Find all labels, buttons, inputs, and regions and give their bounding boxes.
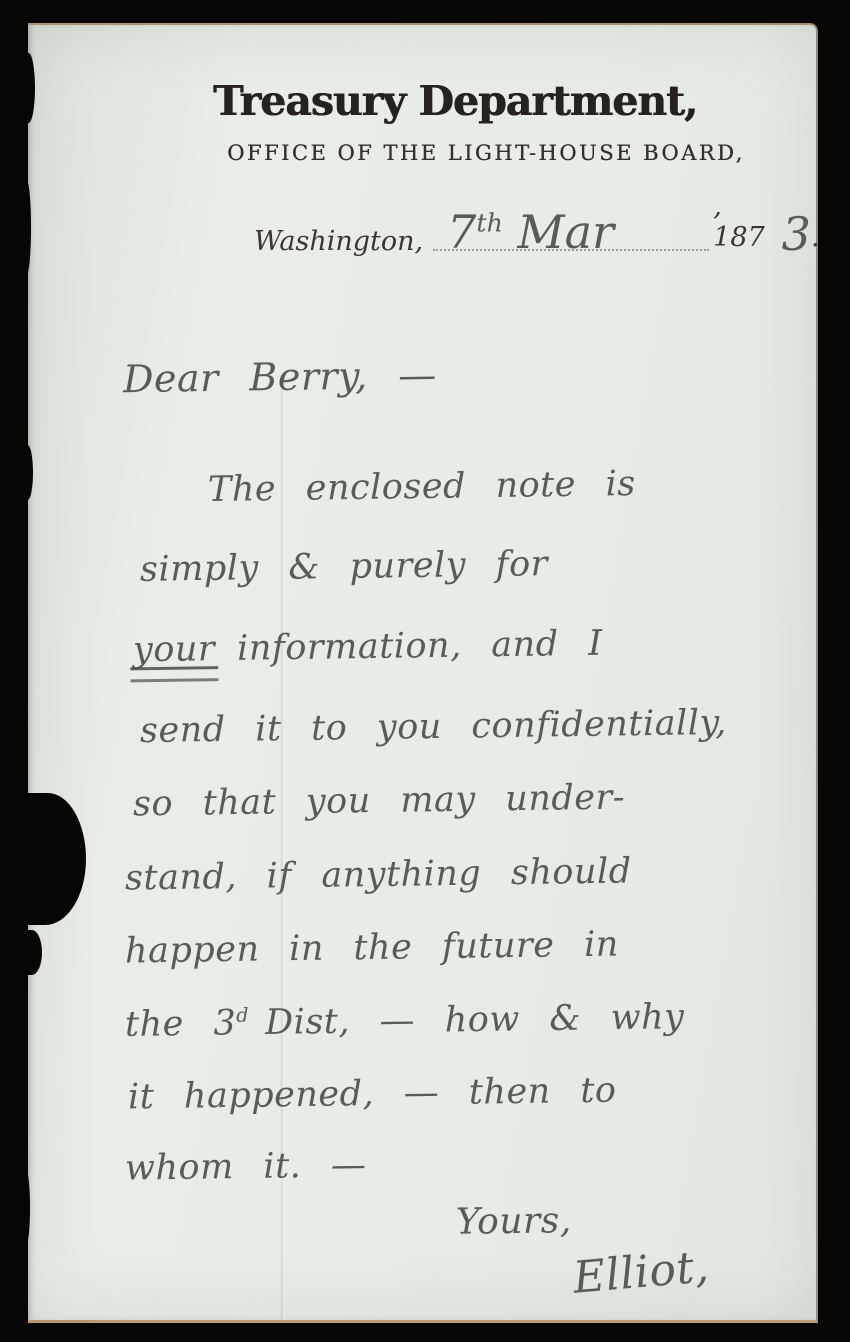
- body-line-7: happen in the future in: [125, 925, 619, 972]
- salutation: Dear Berry, —: [123, 353, 437, 401]
- body-line-10: whom it. —: [125, 1145, 367, 1188]
- torn-notch: [20, 793, 86, 925]
- body-line-5: so that you may under-: [133, 778, 626, 825]
- body-line-4: send it to you confidentially,: [140, 703, 727, 751]
- body-line-2: simply & purely for: [140, 544, 548, 590]
- body-line-6: stand, if anything should: [125, 851, 632, 898]
- underlined-word: your: [133, 629, 216, 670]
- body-line-3: yourinformation, and I: [133, 624, 603, 671]
- handwritten-year-digit: 3: [782, 211, 811, 257]
- dateline-period: .: [811, 222, 820, 253]
- torn-edge-fragment: [22, 180, 31, 275]
- letterhead-department: Treasury Department,: [94, 77, 816, 125]
- torn-edge-fragment: [22, 930, 42, 975]
- handwritten-month: Mar: [518, 205, 615, 259]
- closing: Yours,: [456, 1200, 572, 1243]
- torn-edge-fragment: [22, 445, 33, 500]
- letterhead-office: OFFICE OF THE LIGHT-HOUSE BOARD,: [156, 141, 816, 165]
- signature: Elliot,: [571, 1241, 711, 1304]
- printed-year-prefix: , 187: [713, 191, 778, 253]
- district-superscript: d: [236, 1004, 249, 1027]
- torn-edge-fragment: [22, 1170, 30, 1245]
- body-line-8: the 3dDist, — how & why: [125, 997, 685, 1045]
- letter-paper: Treasury Department, OFFICE OF THE LIGHT…: [28, 23, 818, 1323]
- photo-background: Treasury Department, OFFICE OF THE LIGHT…: [0, 0, 850, 1342]
- day-ordinal-superscript: th: [476, 209, 502, 238]
- handwritten-day: 7: [447, 205, 476, 259]
- body-line-9: it happened, — then to: [128, 1071, 617, 1118]
- body-line-8-rest: Dist, — how & why: [265, 997, 685, 1043]
- handwritten-date: 7th Mar: [447, 205, 614, 259]
- body-line-1: The enclosed note is: [208, 464, 636, 510]
- date-leader-line: 7th Mar: [433, 209, 709, 251]
- body-line-8-pre: the 3: [125, 1003, 237, 1045]
- dateline: Washington, 7th Mar , 187 3 .: [254, 191, 820, 257]
- body-line-3-rest: information, and I: [237, 624, 603, 669]
- letterhead: Treasury Department, OFFICE OF THE LIGHT…: [28, 77, 816, 165]
- place-label: Washington,: [254, 226, 423, 257]
